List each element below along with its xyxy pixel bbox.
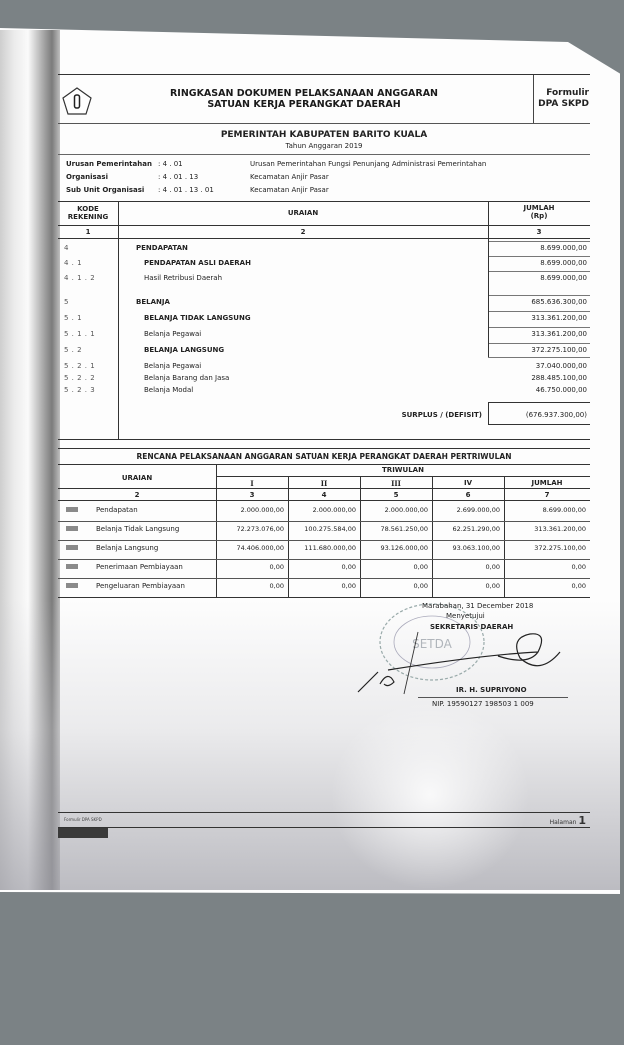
row-value: 78.561.250,00 [360, 525, 428, 533]
row-value: 93.063.100,00 [432, 544, 500, 552]
surplus-label: SURPLUS / (DEFISIT) [402, 411, 482, 419]
col-number: 3 [216, 491, 288, 499]
page-label: Halaman [550, 819, 577, 826]
row-uraian: Hasil Retribusi Daerah [144, 274, 222, 282]
row-jumlah: 46.750.000,00 [536, 386, 587, 394]
row-jumlah: 8.699.000,00 [540, 259, 587, 267]
jumlah-header: JUMLAH [504, 479, 590, 487]
row-value: 100.275.584,00 [288, 525, 356, 533]
col-uraian-header: URAIAN [118, 209, 488, 217]
footer-bar [58, 828, 108, 838]
row-value: 8.699.000,00 [504, 506, 586, 514]
row-code-redacted [66, 583, 78, 588]
page-footer: Formulir DPA SKPD Halaman 1 [58, 812, 590, 828]
info-label: Organisasi [66, 173, 156, 181]
row-value: 0,00 [504, 582, 586, 590]
form-label-box: Formulir DPA SKPD [533, 75, 591, 123]
col-number: 3 [488, 228, 590, 236]
row-value: 72.273.076,00 [216, 525, 284, 533]
row-uraian: Belanja Pegawai [144, 330, 201, 338]
row-value: 0,00 [288, 582, 356, 590]
row-value: 0,00 [432, 582, 500, 590]
info-label: Urusan Pemerintahan [66, 160, 156, 168]
row-kode: 5 . 2 . 3 [64, 386, 95, 394]
row-kode: 5 . 2 [64, 346, 82, 354]
table-row: Belanja Langsung74.406.000,00111.680.000… [58, 540, 590, 556]
col-uraian-header: URAIAN [58, 474, 216, 482]
info-description: Kecamatan Anjir Pasar [250, 186, 329, 194]
row-value: 0,00 [360, 563, 428, 571]
footer-form-label: Formulir DPA SKPD [64, 817, 102, 822]
row-code-redacted [66, 526, 78, 531]
row-value: 0,00 [216, 582, 284, 590]
row-code-redacted [66, 564, 78, 569]
table-row: 5 . 1 . 1Belanja Pegawai313.361.200,00 [58, 330, 590, 344]
row-uraian: BELANJA LANGSUNG [144, 346, 224, 354]
row-value: 0,00 [216, 563, 284, 571]
quarter-header: IV [432, 479, 504, 487]
info-description: Kecamatan Anjir Pasar [250, 173, 329, 181]
quarter-header: I [216, 479, 288, 488]
row-value: 0,00 [432, 563, 500, 571]
row-uraian: Belanja Pegawai [144, 362, 201, 370]
row-value: 2.000.000,00 [288, 506, 356, 514]
col-number: 2 [58, 491, 216, 499]
scan-highlight [330, 700, 530, 890]
row-value: 313.361.200,00 [504, 525, 586, 533]
triwulan-header: TRIWULAN [216, 466, 590, 474]
col-number: 1 [58, 228, 118, 236]
row-uraian: BELANJA [136, 298, 170, 306]
row-value: 62.251.290,00 [432, 525, 500, 533]
col-number: 4 [288, 491, 360, 499]
table-row: Pengeluaran Pembiayaan0,000,000,000,000,… [58, 578, 590, 594]
row-uraian: BELANJA TIDAK LANGSUNG [144, 314, 251, 322]
document-title-line1: RINGKASAN DOKUMEN PELAKSANAAN ANGGARAN [58, 88, 550, 99]
page-indicator: Halaman 1 [550, 814, 586, 827]
row-kode: 5 . 1 [64, 314, 82, 322]
info-label: Sub Unit Organisasi [66, 186, 156, 194]
table-row: Pendapatan2.000.000,002.000.000,002.000.… [58, 502, 590, 518]
row-jumlah: 8.699.000,00 [540, 244, 587, 252]
government-name: PEMERINTAH KABUPATEN BARITO KUALA [58, 130, 590, 140]
row-uraian: PENDAPATAN ASLI DAERAH [144, 259, 251, 267]
row-value: 0,00 [288, 563, 356, 571]
form-code: DPA SKPD [538, 99, 589, 109]
quarter-header: II [288, 479, 360, 488]
surplus-value: (676.937.300,00) [526, 411, 587, 419]
row-value: 2.000.000,00 [360, 506, 428, 514]
divider [58, 154, 590, 155]
row-code-redacted [66, 545, 78, 550]
row-value: 111.680.000,00 [288, 544, 356, 552]
row-uraian: Belanja Barang dan Jasa [144, 374, 229, 382]
signature-place-date: Marabahan, 31 December 2018 [422, 602, 533, 610]
col-number: 2 [118, 228, 488, 236]
row-kode: 5 . 2 . 1 [64, 362, 95, 370]
row-jumlah: 37.040.000,00 [536, 362, 587, 370]
row-uraian: Pengeluaran Pembiayaan [96, 582, 185, 590]
signature-approval: Menyetujui [446, 612, 485, 620]
row-jumlah: 288.485.100,00 [531, 374, 587, 382]
table-row: Belanja Tidak Langsung72.273.076,00100.2… [58, 521, 590, 537]
table-row: 4 . 1 . 2Hasil Retribusi Daerah8.699.000… [58, 274, 590, 288]
handwritten-signature [348, 622, 578, 712]
col-number: 5 [360, 491, 432, 499]
row-uraian: PENDAPATAN [136, 244, 188, 252]
row-value: 2.000.000,00 [216, 506, 284, 514]
row-value: 0,00 [504, 563, 586, 571]
row-kode: 4 [64, 244, 69, 252]
row-kode: 4 . 1 [64, 259, 82, 267]
row-uraian: Belanja Tidak Langsung [96, 525, 179, 533]
row-jumlah: 8.699.000,00 [540, 274, 587, 282]
table-row: 5BELANJA685.636.300,00 [58, 298, 590, 312]
table-row: 5 . 1BELANJA TIDAK LANGSUNG313.361.200,0… [58, 314, 590, 328]
info-code: : 4 . 01 . 13 [158, 173, 198, 181]
col-jumlah-header: JUMLAH (Rp) [488, 204, 590, 220]
row-code-redacted [66, 507, 78, 512]
row-jumlah: 313.361.200,00 [531, 330, 587, 338]
document-title-line2: SATUAN KERJA PERANGKAT DAERAH [58, 99, 550, 110]
row-uraian: Belanja Langsung [96, 544, 158, 552]
quarterly-table-title: RENCANA PELAKSANAAN ANGGARAN SATUAN KERJ… [58, 452, 590, 461]
row-kode: 5 [64, 298, 69, 306]
row-jumlah: 313.361.200,00 [531, 314, 587, 322]
signature-position: SEKRETARIS DAERAH [430, 623, 513, 631]
col-number: 7 [504, 491, 590, 499]
row-jumlah: 372.275.100,00 [531, 346, 587, 354]
table-row: 5 . 2 . 3Belanja Modal46.750.000,00 [58, 386, 590, 400]
document-header: RINGKASAN DOKUMEN PELAKSANAAN ANGGARAN S… [58, 74, 590, 124]
col-kode-header: KODE REKENING [58, 205, 118, 221]
row-uraian: Penerimaan Pembiayaan [96, 563, 183, 571]
row-kode: 5 . 2 . 2 [64, 374, 95, 382]
col-number: 6 [432, 491, 504, 499]
row-value: 93.126.000,00 [360, 544, 428, 552]
row-jumlah: 685.636.300,00 [531, 298, 587, 306]
row-value: 74.406.000,00 [216, 544, 284, 552]
row-uraian: Belanja Modal [144, 386, 193, 394]
row-value: 372.275.100,00 [504, 544, 586, 552]
signature-name: IR. H. SUPRIYONO [456, 686, 527, 694]
table-row: Penerimaan Pembiayaan0,000,000,000,000,0… [58, 559, 590, 575]
page-number: 1 [578, 814, 586, 827]
row-value: 2.699.000,00 [432, 506, 500, 514]
quarter-header: III [360, 479, 432, 488]
row-kode: 5 . 1 . 1 [64, 330, 95, 338]
row-value: 0,00 [360, 582, 428, 590]
signature-nip: NIP. 19590127 198503 1 009 [432, 700, 534, 708]
row-uraian: Pendapatan [96, 506, 138, 514]
info-code: : 4 . 01 [158, 160, 183, 168]
row-kode: 4 . 1 . 2 [64, 274, 95, 282]
fiscal-year: Tahun Anggaran 2019 [58, 142, 590, 150]
form-label: Formulir [546, 88, 589, 98]
info-code: : 4 . 01 . 13 . 01 [158, 186, 214, 194]
info-description: Urusan Pemerintahan Fungsi Penunjang Adm… [250, 160, 486, 168]
